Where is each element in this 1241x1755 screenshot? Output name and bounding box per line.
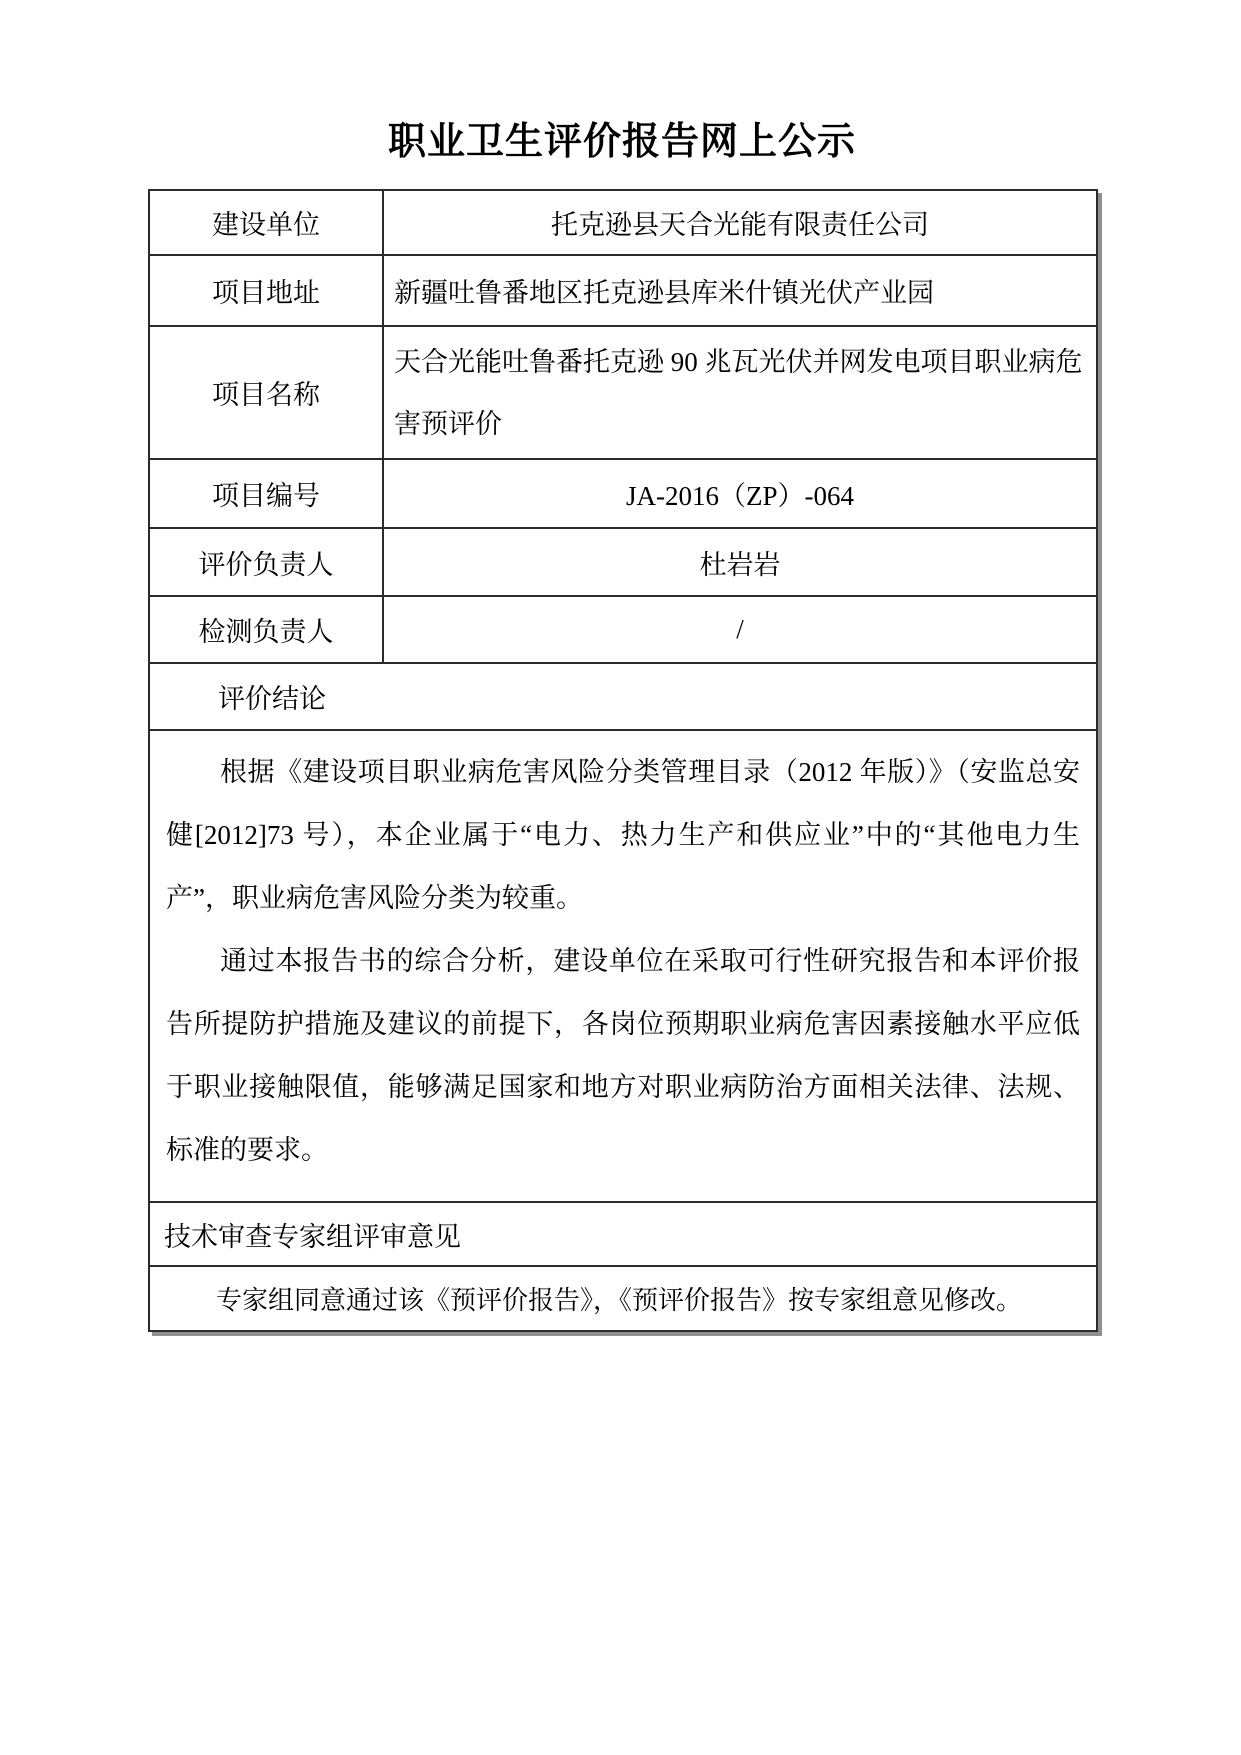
conclusion-text-cell: 根据《建设项目职业病危害风险分类管理目录（2012 年版）》（安监总安健[201… — [149, 730, 1097, 1202]
field-value-project-number: JA-2016（ZP）-064 — [383, 459, 1097, 528]
field-label-construction-unit: 建设单位 — [149, 190, 383, 255]
field-label-project-address: 项目地址 — [149, 255, 383, 326]
conclusion-paragraph-risk-classification: 根据《建设项目职业病危害风险分类管理目录（2012 年版）》（安监总安健[201… — [166, 741, 1080, 930]
review-opinion-cell: 专家组同意通过该《预评价报告》，《预评价报告》按专家组意见修改。 — [149, 1266, 1097, 1331]
table-row-construction-unit: 建设单位 托克逊县天合光能有限责任公司 — [149, 190, 1097, 255]
review-opinion-text: 专家组同意通过该《预评价报告》，《预评价报告》按专家组意见修改。 — [216, 1286, 1022, 1315]
conclusion-header-row: 评价结论 — [149, 663, 1097, 730]
field-label-project-name: 项目名称 — [149, 326, 383, 459]
table-row-testing-leader: 检测负责人 / — [149, 596, 1097, 663]
field-value-project-name: 天合光能吐鲁番托克逊 90 兆瓦光伏并网发电项目职业病危害预评价 — [383, 326, 1097, 459]
review-header-row: 技术审查专家组评审意见 — [149, 1202, 1097, 1266]
conclusion-paragraph-analysis: 通过本报告书的综合分析，建设单位在采取可行性研究报告和本评价报告所提防护措施及建… — [166, 930, 1080, 1182]
field-value-evaluation-leader: 杜岩岩 — [383, 528, 1097, 596]
review-body-row: 专家组同意通过该《预评价报告》，《预评价报告》按专家组意见修改。 — [149, 1266, 1097, 1331]
field-value-construction-unit: 托克逊县天合光能有限责任公司 — [383, 190, 1097, 255]
field-label-project-number: 项目编号 — [149, 459, 383, 528]
conclusion-body-row: 根据《建设项目职业病危害风险分类管理目录（2012 年版）》（安监总安健[201… — [149, 730, 1097, 1202]
table-row-project-number: 项目编号 JA-2016（ZP）-064 — [149, 459, 1097, 528]
field-label-evaluation-leader: 评价负责人 — [149, 528, 383, 596]
conclusion-header-label: 评价结论 — [149, 663, 1097, 730]
field-value-testing-leader: / — [383, 596, 1097, 663]
notice-table: 建设单位 托克逊县天合光能有限责任公司 项目地址 新疆吐鲁番地区托克逊县库米什镇… — [148, 189, 1098, 1332]
table-row-project-name: 项目名称 天合光能吐鲁番托克逊 90 兆瓦光伏并网发电项目职业病危害预评价 — [149, 326, 1097, 459]
field-value-project-address: 新疆吐鲁番地区托克逊县库米什镇光伏产业园 — [383, 255, 1097, 326]
page-title: 职业卫生评价报告网上公示 — [148, 118, 1096, 166]
table-row-project-address: 项目地址 新疆吐鲁番地区托克逊县库米什镇光伏产业园 — [149, 255, 1097, 326]
field-label-testing-leader: 检测负责人 — [149, 596, 383, 663]
document-page: 职业卫生评价报告网上公示 建设单位 托克逊县天合光能有限责任公司 项目地址 新疆… — [0, 0, 1241, 1755]
review-header-label: 技术审查专家组评审意见 — [149, 1202, 1097, 1266]
table-row-evaluation-leader: 评价负责人 杜岩岩 — [149, 528, 1097, 596]
